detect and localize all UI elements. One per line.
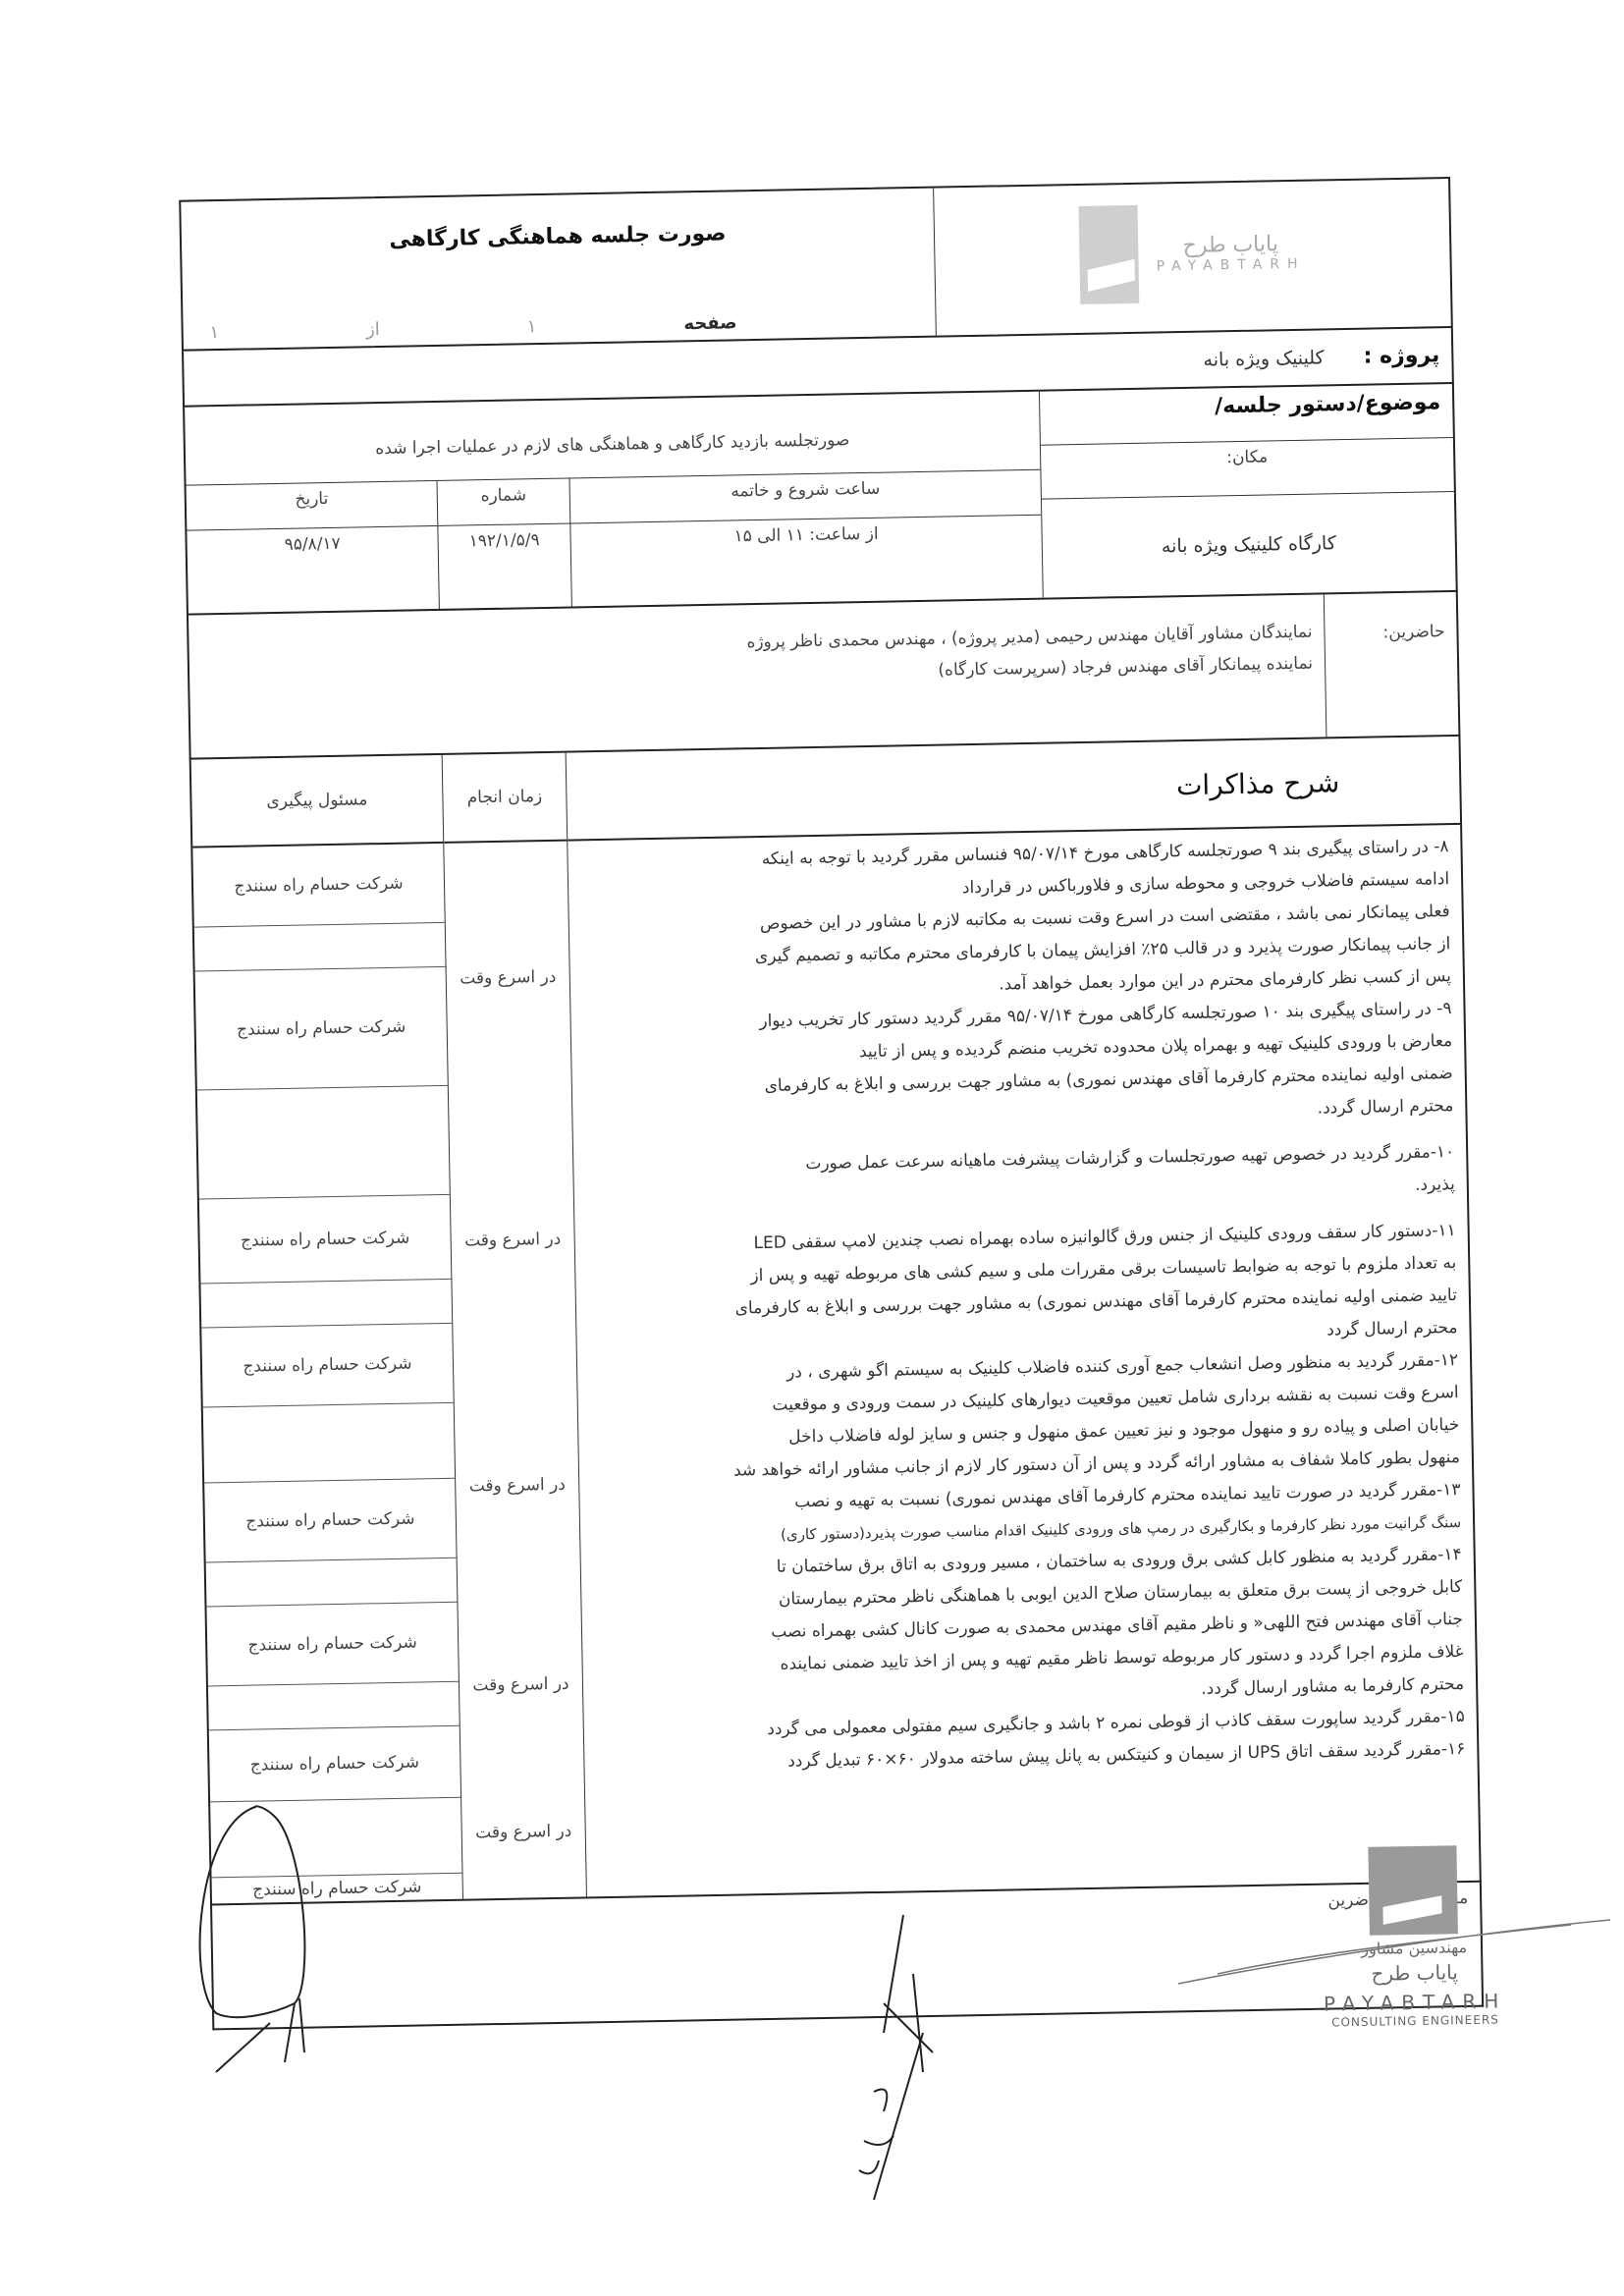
responsible-cell: شرکت حسام راه سنندج: [201, 1324, 453, 1408]
time-label: ساعت شروع و خاتمه: [568, 470, 1041, 523]
responsible-cell: [197, 1086, 450, 1200]
handwritten-signature-left: [196, 1787, 393, 2082]
meta-value-row: از ساعت: ۱۱ الی ۱۵ ۱۹۲/۱/۵/۹ ۹۵/۸/۱۷: [187, 516, 1042, 614]
responsible-list: شرکت حسام راه سنندج شرکت حسام راه سنندج …: [192, 844, 462, 1903]
logo-english-name: PAYABTARH: [1156, 255, 1305, 274]
page-current: ۱: [527, 316, 537, 337]
minutes-body: ۸- در راستای پیگیری بند ۹ صورتجلسه کارگا…: [568, 825, 1480, 1896]
responsible-cell: [200, 1280, 452, 1329]
minutes-block: شرح مذاکرات ۸- در راستای پیگیری بند ۹ صو…: [189, 737, 1482, 1906]
meeting-minutes-form: پایاب طرح PAYABTARH صورت جلسه هماهنگی کا…: [179, 177, 1484, 2030]
header-row: پایاب طرح PAYABTARH صورت جلسه هماهنگی کا…: [179, 177, 1453, 352]
page-label: صفحه: [683, 312, 737, 334]
handwritten-signature-center: [844, 1915, 962, 2210]
title-cell: صورت جلسه هماهنگی کارگاهی صفحه ۱ از ۱: [181, 189, 936, 350]
page-total: ۱: [209, 322, 219, 343]
time-group: در اسرع وقت: [454, 1367, 580, 1605]
date-value: ۹۵/۸/۱۷: [187, 526, 438, 614]
time-group: در اسرع وقت: [449, 1112, 576, 1369]
responsible-cell: شرکت حسام راه سنندج: [192, 844, 444, 928]
responsible-cell: [194, 923, 446, 972]
time-group: در اسرع وقت: [458, 1602, 583, 1766]
minutes-title: شرح مذاکرات: [567, 737, 1460, 842]
time-group: در اسرع وقت: [444, 842, 571, 1114]
responsible-cell: [208, 1682, 460, 1731]
time-column-header: زمان انجام: [443, 753, 568, 844]
responsible-column: مسئول پیگیری شرکت حسام راه سنندج شرکت حس…: [191, 755, 462, 1903]
number-value: ۱۹۲/۱/۵/۹: [437, 523, 571, 608]
responsible-cell: شرکت حسام راه سنندج: [199, 1195, 452, 1285]
time-value: از ساعت: ۱۱ الی ۱۵: [569, 516, 1042, 607]
handwritten-signature-right: [1159, 1915, 1620, 1994]
attendees-row: حاضرین: نمایندگان مشاور آقایان مهندس رحی…: [187, 592, 1460, 760]
company-logo-icon: [1079, 205, 1140, 304]
subject-left-column: صورتجلسه بازدید کارگاهی و هماهنگی های لا…: [185, 392, 1043, 614]
responsible-cell: شرکت حسام راه سنندج: [206, 1603, 458, 1687]
attendees-label: حاضرین:: [1324, 592, 1459, 737]
subject-block: موضوع/دستور جلسه/ مکان: کارگاه کلینیک وی…: [183, 384, 1458, 616]
subject-label: موضوع/دستور جلسه/: [1040, 384, 1453, 446]
project-value: کلینیک ویژه بانه: [1203, 347, 1324, 370]
responsible-cell: شرکت حسام راه سنندج: [204, 1479, 456, 1563]
stamp-english-sub: CONSULTING ENGINEERS: [1317, 2012, 1513, 2029]
logo-cell: پایاب طرح PAYABTARH: [933, 179, 1451, 336]
logo-persian-name: پایاب طرح: [1156, 231, 1305, 258]
responsible-column-header: مسئول پیگیری: [191, 755, 444, 848]
document-page: پایاب طرح PAYABTARH صورت جلسه هماهنگی کا…: [0, 0, 1624, 2296]
location-value: کارگاه کلینیک ویژه بانه: [1042, 492, 1456, 598]
subject-right-column: موضوع/دستور جلسه/ مکان: کارگاه کلینیک وی…: [1039, 384, 1456, 598]
time-column: زمان انجام در اسرع وقت در اسرع وقت در اس…: [442, 753, 586, 1899]
page-indicator: صفحه ۱ از ۱: [195, 309, 924, 344]
page-of-label: از: [366, 319, 380, 340]
attendees-list: نمایندگان مشاور آقایان مهندس رحیمی (مدیر…: [189, 594, 1326, 757]
number-label: شماره: [437, 478, 570, 524]
time-group: در اسرع وقت: [460, 1764, 585, 1898]
location-label: مکان:: [1041, 438, 1454, 500]
responsible-cell: [203, 1403, 455, 1484]
responsible-cell: [206, 1558, 458, 1608]
form-title: صورت جلسه هماهنگی کارگاهی: [192, 194, 922, 256]
minutes-text-column: شرح مذاکرات ۸- در راستای پیگیری بند ۹ صو…: [566, 737, 1480, 1896]
date-label: تاریخ: [187, 481, 438, 530]
responsible-cell: شرکت حسام راه سنندج: [195, 967, 448, 1091]
project-label: پروژه :: [1363, 343, 1439, 368]
